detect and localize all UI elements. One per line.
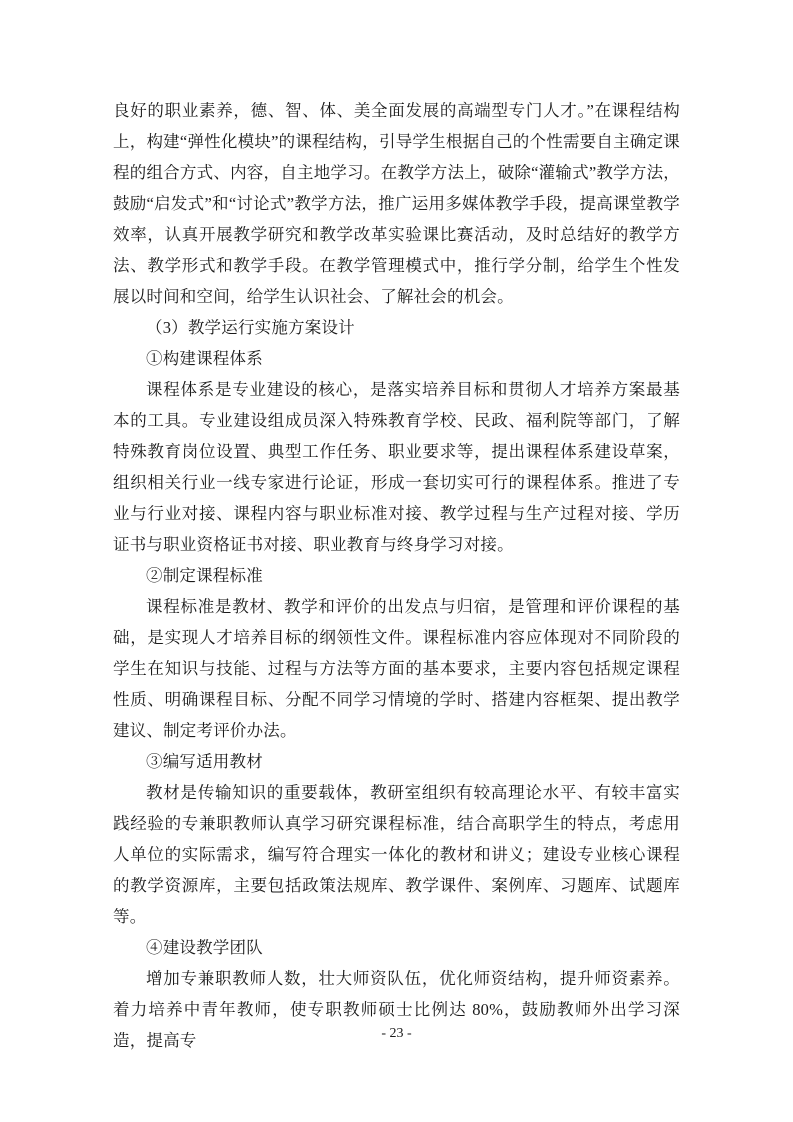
heading-item-4: ④建设教学团队 bbox=[113, 932, 680, 963]
paragraph-course-standards: 课程标准是教材、教学和评价的出发点与归宿，是管理和评价课程的基础，是实现人才培养… bbox=[113, 591, 680, 746]
document-page: 良好的职业素养，德、智、体、美全面发展的高端型专门人才。”在课程结构上，构建“弹… bbox=[0, 0, 793, 1122]
heading-item-3: ③编写适用教材 bbox=[113, 746, 680, 777]
document-body-text: 良好的职业素养，德、智、体、美全面发展的高端型专门人才。”在课程结构上，构建“弹… bbox=[113, 95, 680, 1056]
page-number: - 23 - bbox=[0, 1024, 793, 1044]
heading-item-1: ①构建课程体系 bbox=[113, 343, 680, 374]
paragraph-continuation: 良好的职业素养，德、智、体、美全面发展的高端型专门人才。”在课程结构上，构建“弹… bbox=[113, 95, 680, 312]
heading-section-3: （3）教学运行实施方案设计 bbox=[113, 312, 680, 343]
paragraph-curriculum-system: 课程体系是专业建设的核心，是落实培养目标和贯彻人才培养方案最基本的工具。专业建设… bbox=[113, 374, 680, 560]
paragraph-teaching-materials: 教材是传输知识的重要载体，教研室组织有较高理论水平、有较丰富实践经验的专兼职教师… bbox=[113, 777, 680, 932]
heading-item-2: ②制定课程标准 bbox=[113, 560, 680, 591]
